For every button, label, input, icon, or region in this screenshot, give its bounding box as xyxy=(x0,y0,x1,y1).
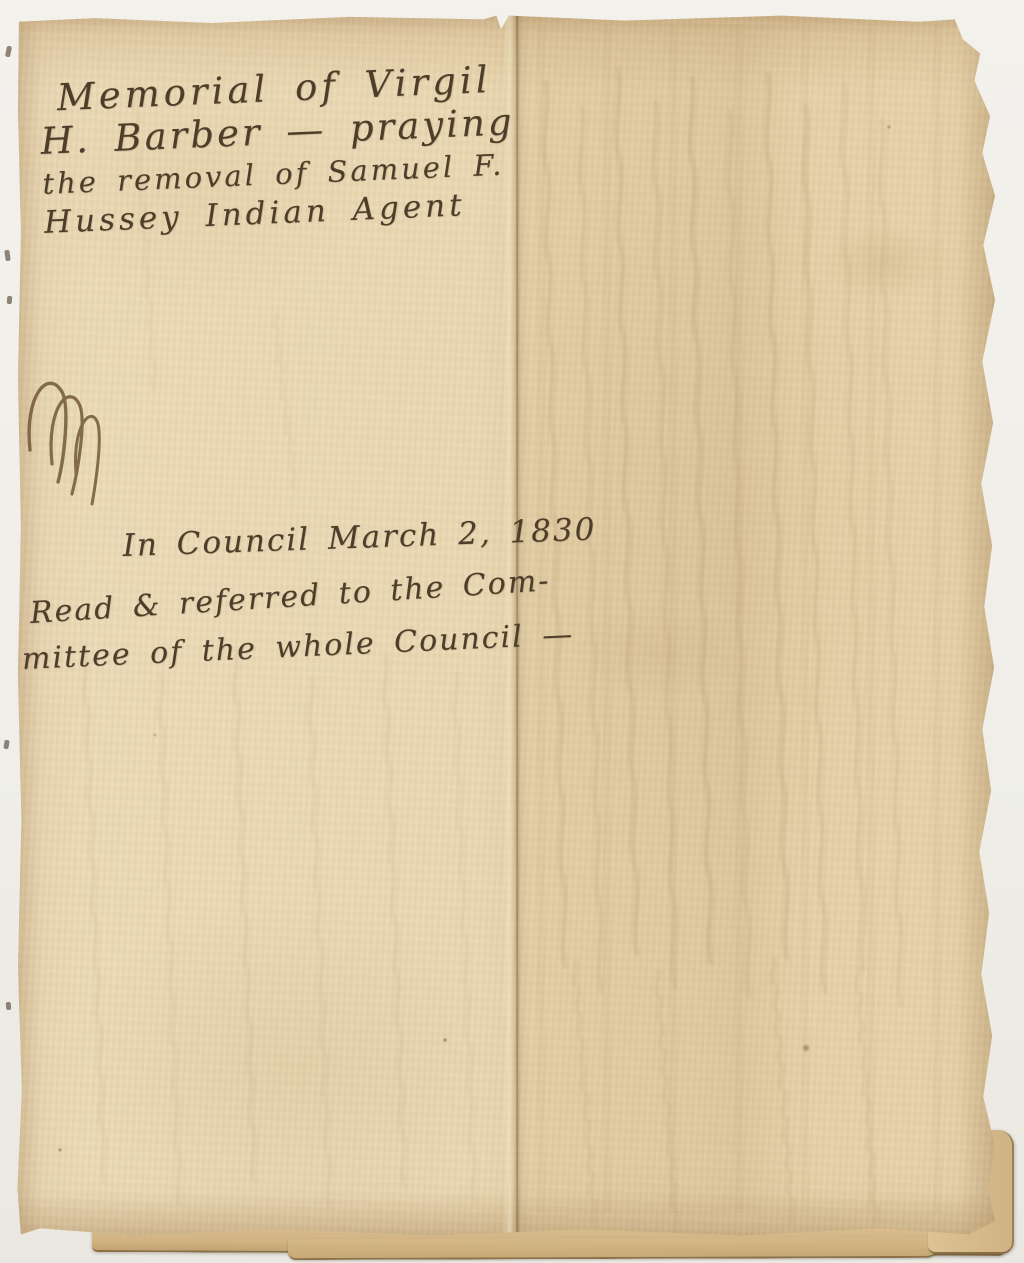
margin-ink-mark xyxy=(7,296,13,304)
margin-ink-mark xyxy=(4,250,10,262)
docket-title-block: Memorial of Virgil H. Barber — praying t… xyxy=(38,58,519,242)
scanned-document: Memorial of Virgil H. Barber — praying t… xyxy=(0,0,1024,1263)
margin-ink-mark xyxy=(3,740,9,750)
underlying-page-edge xyxy=(288,1237,938,1260)
ink-flourish xyxy=(16,352,112,510)
margin-ink-mark xyxy=(5,46,12,58)
margin-ink-mark xyxy=(6,1002,12,1010)
manuscript-page: Memorial of Virgil H. Barber — praying t… xyxy=(16,12,998,1238)
